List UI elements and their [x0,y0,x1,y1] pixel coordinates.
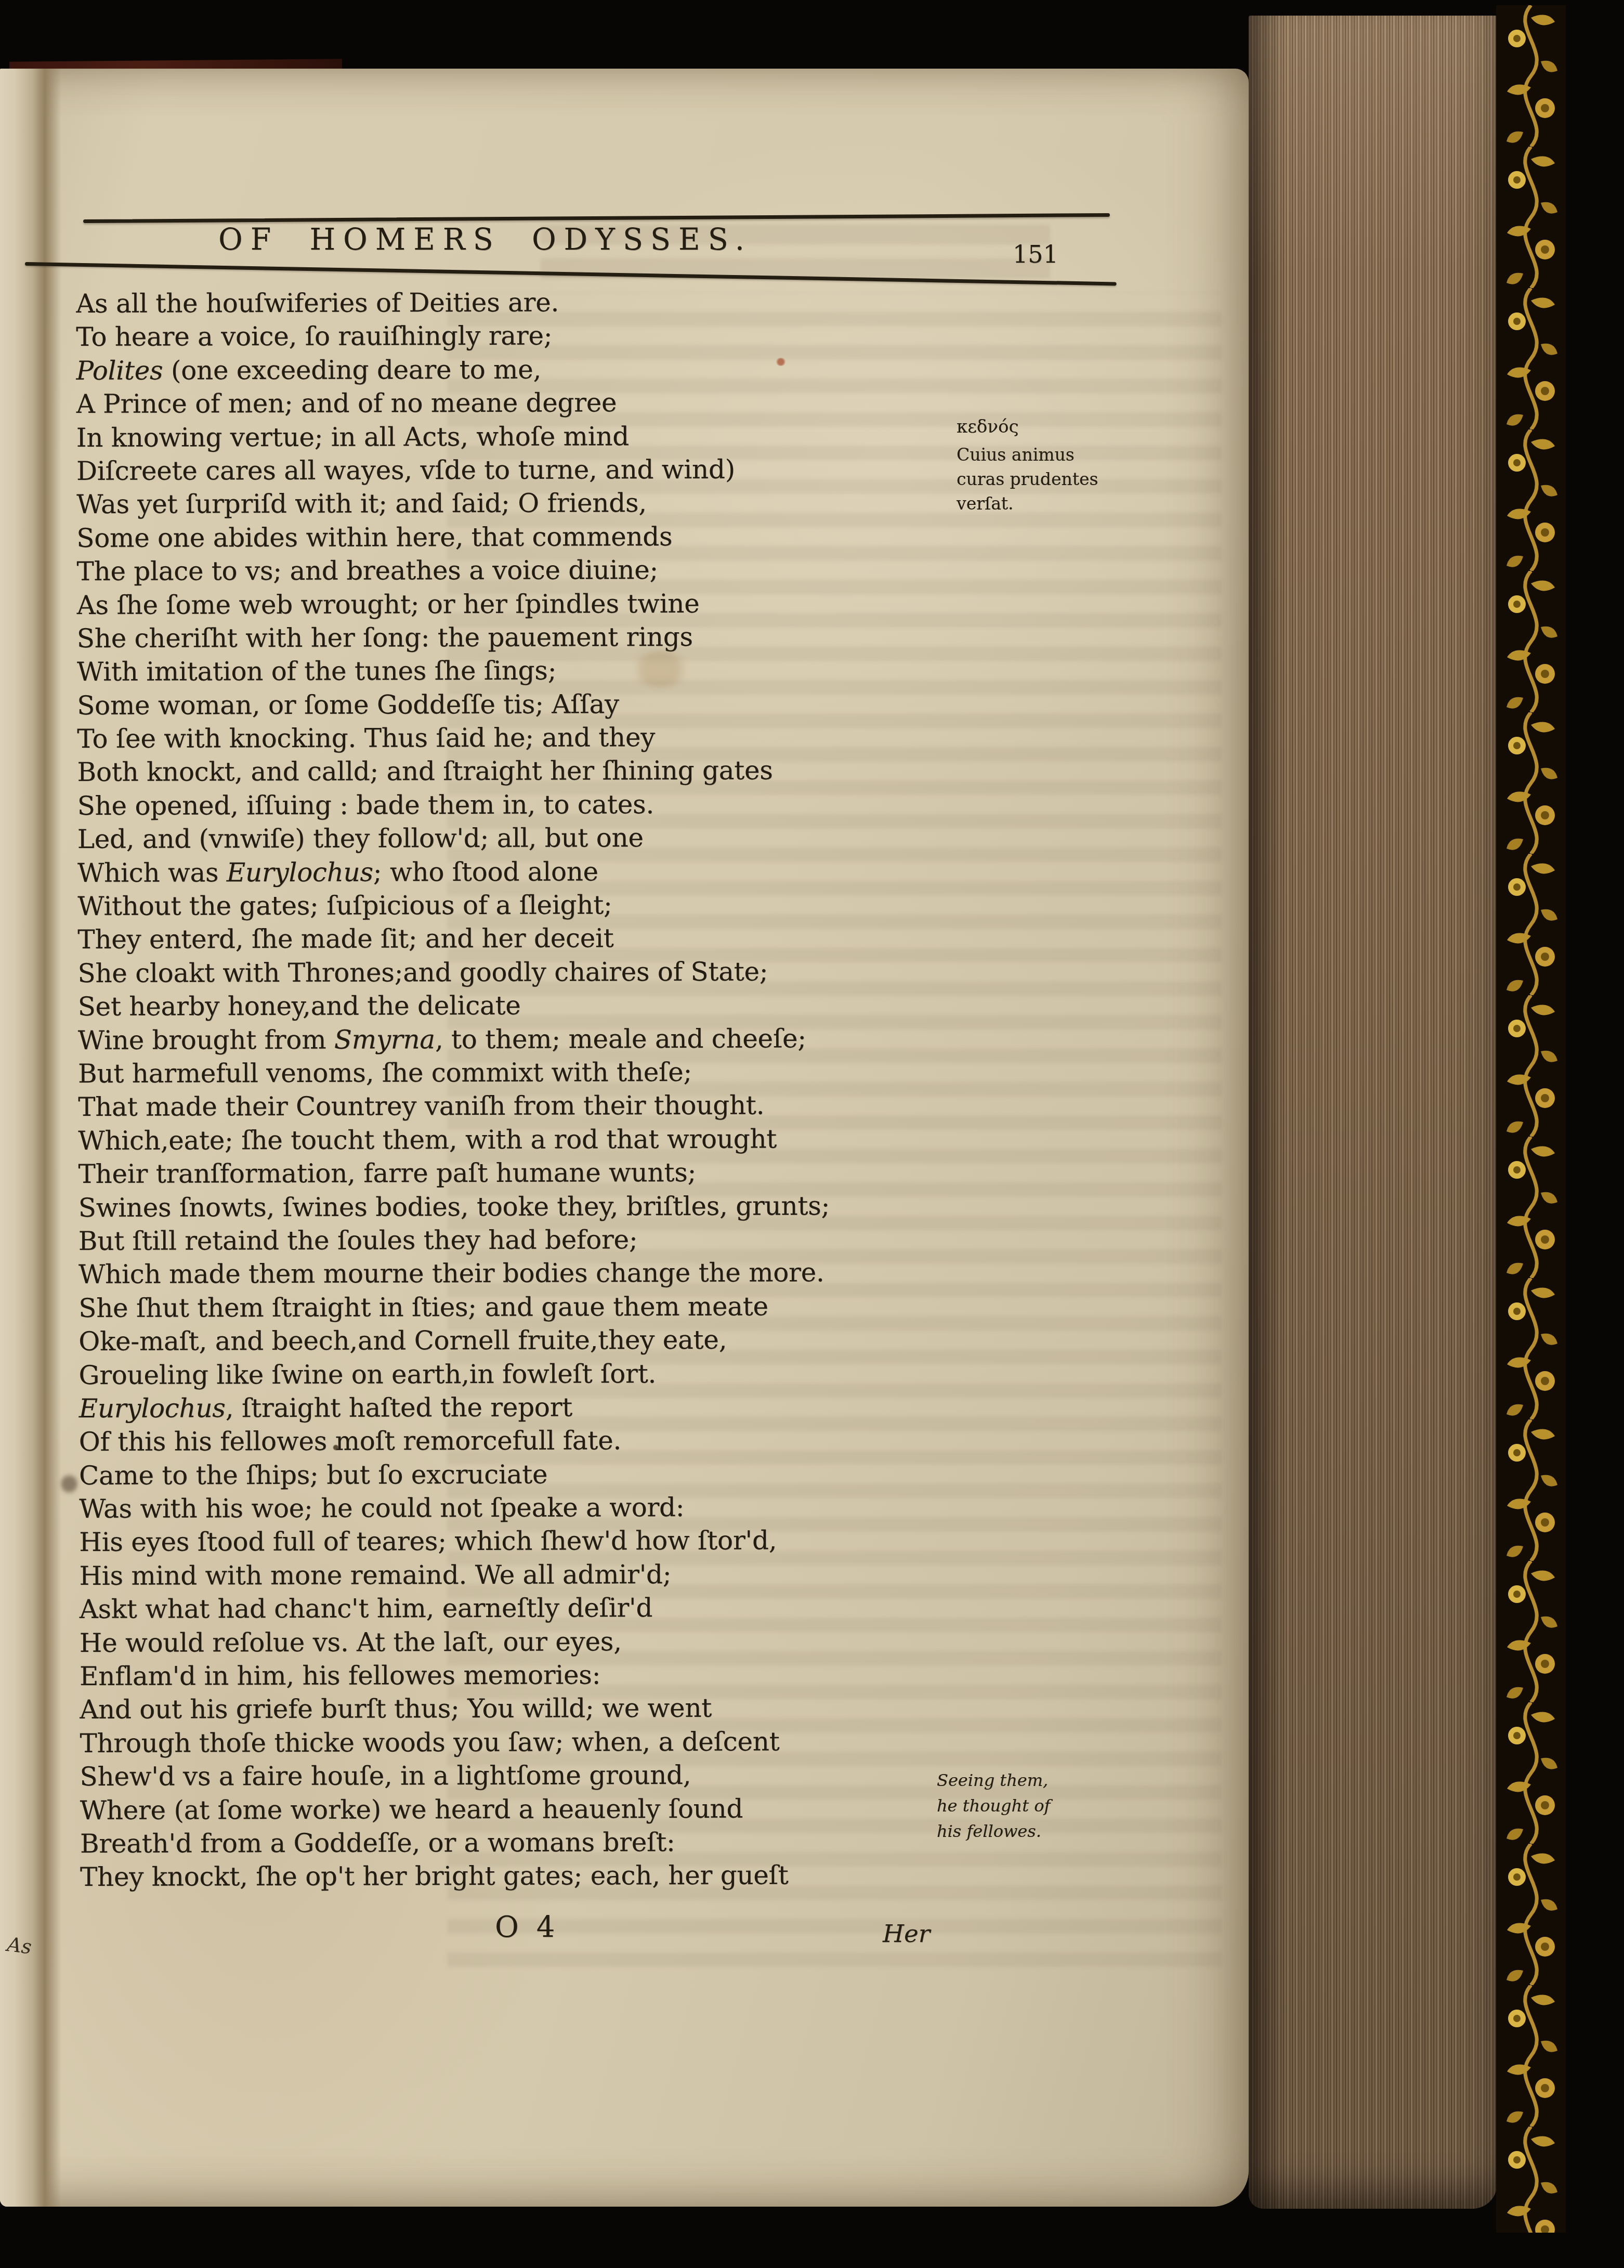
poem-text: They knockt, ſhe op't her bright gates; … [80,1860,789,1893]
poem-line: She ſhut them ſtraight in ſties; and gau… [78,1289,941,1325]
poem-line: She cloakt with Thrones;and goodly chair… [77,954,940,990]
gilt-floral-pattern [1496,5,1566,2233]
margin-note-gloss: κεδνός Cuius animus curas prudentes verſ… [957,415,1105,516]
neighbor-page-mark: As [6,1933,33,1958]
poem-text: Set hearby honey,and the delicate [78,990,521,1022]
poem-line: Came to the ſhips; but ſo excruciate [79,1456,942,1492]
page-block-fore-edge [1249,16,1497,2209]
poem-text-block: As all the houſwiferies of Deities are.T… [76,285,943,1894]
poem-text: Led, and (vnwiſe) they follow'd; all, bu… [77,823,644,854]
proper-name-italic: Smyrna [334,1024,435,1055]
poem-line: As ſhe ſome web wrought; or her ſpindles… [77,586,940,622]
poem-line: She opened, iſſuing : bade them in, to c… [77,787,940,823]
poem-line: A Prince of men; and of no meane degree [76,385,939,421]
poem-text: But harmefull venoms, ſhe commixt with t… [78,1057,692,1089]
headline-rule-bottom [25,262,1117,285]
poem-line: Which made them mourne their bodies chan… [78,1256,941,1292]
poem-line: Set hearby honey,and the delicate [78,988,941,1024]
poem-line: Enflam'd in him, his fellowes memories: [80,1658,942,1693]
poem-text: In knowing vertue; in all Acts, whoſe mi… [76,421,629,453]
ink-stain [60,1472,78,1495]
poem-line: Was yet ſurpriſd with it; and ſaid; O fr… [76,486,939,522]
poem-text: Was yet ſurpriſd with it; and ſaid; O fr… [76,488,647,519]
proper-name-italic: Eurylochus [227,857,373,888]
poem-line: Without the gates; ſuſpicious of a ſleig… [77,888,940,923]
poem-text: , to them; meale and cheeſe; [435,1023,806,1054]
poem-text: To heare a voice, ſo rauiſhingly rare; [76,321,552,352]
poem-line: Some woman, or ſome Goddeſſe tis; Aſſay [77,686,940,722]
poem-line: Through thoſe thicke woods you ſaw; when… [80,1724,942,1760]
poem-line: But ſtill retaind the ſoules they had be… [78,1222,941,1258]
poem-text: He would reſolue vs. At the laſt, our ey… [80,1626,622,1658]
poem-line: Breath'd from a Goddeſſe, or a womans br… [80,1825,943,1861]
book-page: OF HOMERS ODYSSES. 151 As all the houſwi… [0,69,1249,2207]
poem-text: Swines ſnowts, ſwines bodies, tooke they… [78,1191,830,1223]
poem-line: Was with his woe; he could not ſpeake a … [79,1490,942,1526]
poem-line: To ſee with knocking. Thus ſaid he; and … [77,720,940,756]
margin-note-latin: Cuius animus curas prudentes verſat. [957,445,1098,514]
poem-line: They enterd, ſhe made ſit; and her decei… [77,921,940,957]
poem-text: Diſcreete cares all wayes, vſde to turne… [76,454,735,486]
gutter-shadow [0,69,61,2207]
poem-line: Groueling like ſwine on earth,in fowleſt… [78,1356,941,1392]
poem-text: Which,eate; ſhe toucht them, with a rod … [78,1124,777,1156]
poem-line: Of this his fellowes moſt remorcefull fa… [79,1423,942,1459]
poem-text: Shew'd vs a faire houſe, in a lightſome … [80,1760,691,1792]
poem-line: Polites (one exceeding deare to me, [76,351,939,387]
poem-line: But harmefull venoms, ſhe commixt with t… [78,1055,941,1091]
poem-text: Enflam'd in him, his fellowes memories: [80,1660,600,1691]
catchword: Her [883,1920,930,1948]
poem-text: Wine brought from [78,1024,334,1055]
running-title: OF HOMERS ODYSSES. [218,223,752,257]
poem-line: Oke-maſt, and beech,and Cornell fruite,t… [78,1323,941,1359]
poem-line: To heare a voice, ſo rauiſhingly rare; [76,318,939,354]
poem-text: That made their Countrey vaniſh from the… [78,1090,764,1122]
poem-text: Through thoſe thicke woods you ſaw; when… [80,1726,779,1758]
signature-mark: O 4 [495,1910,559,1944]
poem-line: She cheriſht with her ſong: the pauement… [77,620,940,656]
poem-line: Some one abides within here, that commen… [76,519,939,555]
page-number: 151 [1013,240,1058,268]
poem-text: Askt what had chanc't him, earneſtly deſ… [80,1593,653,1624]
poem-text: Groueling like ſwine on earth,in fowleſt… [78,1359,656,1390]
poem-text: His mind with mone remaind. We all admir… [79,1559,671,1591]
proper-name-italic: Polites [76,355,163,385]
poem-text: Breath'd from a Goddeſſe, or a womans br… [80,1827,675,1859]
poem-text: A Prince of men; and of no meane degree [76,387,617,419]
poem-text: But ſtill retaind the ſoules they had be… [78,1224,638,1256]
poem-text: , ſtraight haſted the report [226,1392,573,1423]
poem-text: ; who ſtood alone [373,856,598,887]
poem-line: The place to vs; and breathes a voice di… [76,553,939,589]
poem-text: Both knockt, and calld; and ſtraight her… [77,755,772,788]
poem-line: His eyes ſtood full of teares; which ſhe… [79,1523,942,1559]
poem-line: Led, and (vnwiſe) they follow'd; all, bu… [77,820,940,856]
poem-line: Swines ſnowts, ſwines bodies, tooke they… [78,1189,941,1224]
poem-text: With imitation of the tunes ſhe ſings; [77,656,556,687]
poem-text: She opened, iſſuing : bade them in, to c… [77,789,654,821]
poem-text: Which was [77,857,227,888]
book-scan: OF HOMERS ODYSSES. 151 As all the houſwi… [0,0,1624,2268]
poem-text: Their tranſformation, farre paſt humane … [78,1157,696,1189]
poem-text: Where (at ſome worke) we heard a heauenl… [80,1793,743,1825]
poem-text: And out his griefe burſt thus; You willd… [80,1693,712,1725]
poem-text: She cheriſht with her ſong: the pauement… [77,622,693,654]
poem-text: She cloakt with Thrones;and goodly chair… [77,956,768,988]
poem-text: Came to the ſhips; but ſo excruciate [79,1459,547,1490]
poem-line: He would reſolue vs. At the laſt, our ey… [80,1624,942,1660]
poem-line: They knockt, ſhe op't her bright gates; … [80,1858,943,1894]
poem-line: And out his griefe burſt thus; You willd… [80,1691,942,1727]
poem-line: Their tranſformation, farre paſt humane … [78,1155,941,1191]
poem-text: As all the houſwiferies of Deities are. [76,288,559,319]
poem-text: Oke-maſt, and beech,and Cornell fruite,t… [78,1325,727,1357]
margin-note-narrative: Seeing them, he thought of his fellowes. [937,1768,1068,1844]
poem-text: Some woman, or ſome Goddeſſe tis; Aſſay [77,689,619,721]
poem-text: As ſhe ſome web wrought; or her ſpindles… [77,588,700,620]
poem-text: Which made them mourne their bodies chan… [78,1258,824,1290]
proper-name-italic: Eurylochus [79,1393,226,1424]
poem-text: To ſee with knocking. Thus ſaid he; and … [77,722,655,754]
poem-line: Diſcreete cares all wayes, vſde to turne… [76,452,939,488]
poem-line: With imitation of the tunes ſhe ſings; [77,653,940,689]
poem-line: His mind with mone remaind. We all admir… [79,1557,942,1593]
poem-line: In knowing vertue; in all Acts, whoſe mi… [76,419,939,454]
poem-line: That made their Countrey vaniſh from the… [78,1088,941,1124]
poem-line: Where (at ſome worke) we heard a heauenl… [80,1791,943,1827]
gilt-binding-band [1496,5,1566,2233]
poem-line: Shew'd vs a faire houſe, in a lightſome … [80,1758,942,1794]
poem-line: Both knockt, and calld; and ſtraight her… [77,753,940,789]
poem-text: Some one abides within here, that commen… [76,522,672,553]
poem-text: His eyes ſtood full of teares; which ſhe… [79,1526,777,1558]
poem-line: As all the houſwiferies of Deities are. [76,285,939,321]
poem-text: They enterd, ſhe made ſit; and her decei… [77,923,613,955]
poem-line: Askt what had chanc't him, earneſtly deſ… [80,1591,942,1626]
poem-line: Which was Eurylochus; who ſtood alone [77,854,940,890]
poem-text: (one exceeding deare to me, [163,354,541,385]
poem-text: The place to vs; and breathes a voice di… [76,555,658,586]
margin-note-greek: κεδνός [957,415,1105,439]
poem-line: Wine brought from Smyrna, to them; meale… [78,1021,941,1057]
poem-line: Which,eate; ſhe toucht them, with a rod … [78,1122,941,1157]
poem-text: She ſhut them ſtraight in ſties; and gau… [78,1291,768,1323]
headline-rule-top [83,213,1110,223]
poem-line: Eurylochus, ſtraight haſted the report [79,1390,942,1426]
poem-text: Of this his fellowes moſt remorcefull fa… [79,1426,621,1457]
poem-text: Was with his woe; he could not ſpeake a … [79,1492,684,1524]
poem-text: Without the gates; ſuſpicious of a ſleig… [77,890,612,921]
